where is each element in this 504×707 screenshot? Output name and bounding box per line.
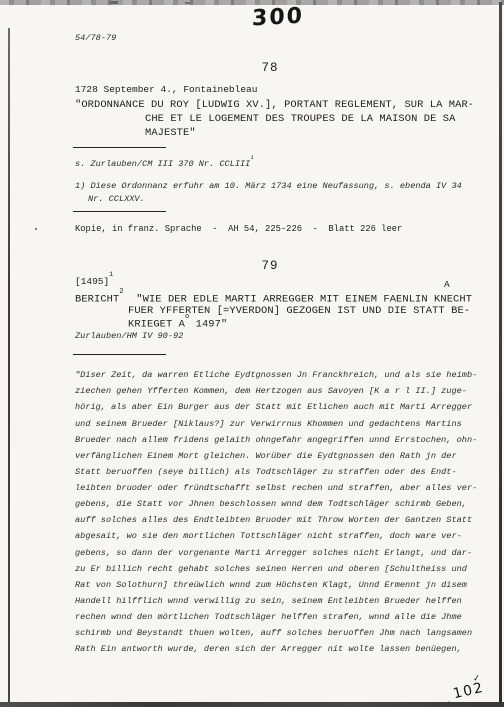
bericht-word: BERICHT xyxy=(75,293,119,305)
entry-78-source: s. Zurlauben/CM III 370 Nr. CCLIII1 xyxy=(75,157,254,169)
body-text-line: verfänglichen Einem Mort gleichen. Worüb… xyxy=(75,451,457,461)
body-text-line: rechen wnnd den mörtlichen Todtschläger … xyxy=(75,612,462,622)
body-text-line: Handell hilfflich wnnd verwillig zu sein… xyxy=(75,596,462,606)
body-text-line: hörig, als aber Ein Burger aus der Statt… xyxy=(75,402,472,412)
body-text-line: Brueder nach allem fridens gelaith ohnge… xyxy=(75,435,477,445)
body-text-line: gebens, die Statt vor Jhnen beschlossen … xyxy=(75,499,467,509)
body-text-line: Rath Ein antworth wurde, deren sich der … xyxy=(75,644,462,654)
entry-78-number: 78 xyxy=(240,61,300,76)
archive-reference: 54/78-79 xyxy=(75,33,116,43)
handwritten-checkmark: ✓ xyxy=(472,673,481,685)
scan-edge-left xyxy=(8,28,10,707)
body-text-line: leibten bruoder oder fründtschafft selbs… xyxy=(75,483,477,493)
body-text-line: auff solches alles des Endtleibten Bruod… xyxy=(75,515,472,525)
bericht-footnote-marker: 2 xyxy=(119,288,123,296)
entry-78-title-line-2: CHE ET LE LOGEMENT DES TROUPES DE LA MAI… xyxy=(145,113,455,125)
entry-78-title-line-1: "ORDONNANCE DU ROY [LUDWIG XV.], PORTANT… xyxy=(75,99,474,111)
body-text-line: gebens, so dann der vorgenante Marti Arr… xyxy=(75,548,472,558)
handwritten-page-number: 300 xyxy=(252,4,304,33)
scan-edge-top xyxy=(0,0,504,5)
separator-rule xyxy=(73,354,166,355)
body-text-line: ziechen gehen Yfferten Kommen, dem Hertz… xyxy=(75,386,467,396)
body-text-line: abgesait, wo sie den mortlichen Tottschl… xyxy=(75,531,462,541)
separator-rule xyxy=(73,211,166,212)
entry-79-number: 79 xyxy=(240,259,300,274)
year-footnote-marker: 1 xyxy=(109,271,113,278)
entry-78-dateline: 1728 September 4., Fontainebleau xyxy=(75,84,257,95)
corner-letter: A xyxy=(444,279,450,290)
title-pre: KRIEGET A xyxy=(128,318,185,330)
entry-79-source: Zurlauben/HM IV 90-92 xyxy=(75,331,183,341)
scan-speck xyxy=(110,1,118,4)
entry-78-footnote-line-1: 1) Diese Ordonnanz erfuhr am 10. März 17… xyxy=(75,181,462,191)
scan-edge-right xyxy=(499,2,502,707)
entry-79-title-line-1: BERICHT2 "WIE DER EDLE MARTI ARREGGER MI… xyxy=(75,292,472,306)
entry-78-copy-note: Kopie, in franz. Sprache - AH 54, 225-22… xyxy=(75,224,402,235)
bericht-title-text: "WIE DER EDLE MARTI ARREGGER MIT EINEM F… xyxy=(124,293,472,305)
entry-79-year: [1495]1 xyxy=(75,275,113,288)
scan-speck xyxy=(185,2,190,4)
body-text-line: Rat von Solothurn] threüwlich wnnd zum H… xyxy=(75,580,467,590)
handwritten-dot: . xyxy=(448,697,450,704)
scan-edge-bottom xyxy=(0,702,504,707)
scanned-document-page: 300 54/78-79 78 1728 September 4., Fonta… xyxy=(0,0,504,707)
entry-79-title-line-2: FUER YFFERTEN [=YVERDON] GEZOGEN IST UND… xyxy=(128,305,470,317)
entry-78-footnote-line-2: Nr. CCLXXV. xyxy=(88,194,145,204)
body-text-line: Statt beruoffen (seye billich) als Todts… xyxy=(75,467,457,477)
separator-rule xyxy=(73,147,166,148)
source-footnote-marker: 1 xyxy=(250,154,254,161)
body-text-line: schirmb und Beystandt thuen wolten, auff… xyxy=(75,628,472,638)
body-text-line: "Diser Zeit, da warren Etliche Eydtgnoss… xyxy=(75,370,477,380)
degree-superscript: o xyxy=(185,313,189,321)
source-text: s. Zurlauben/CM III 370 Nr. CCLIII xyxy=(75,159,250,169)
entry-78-title-line-3: MAJESTE" xyxy=(145,127,196,139)
body-text-line: und seinem Brueder [Niklaus?] zur Verwir… xyxy=(75,419,462,429)
year-bracket: [1495] xyxy=(75,276,109,287)
body-text-line: zu Er billich recht gehabt solches seine… xyxy=(75,564,467,574)
scan-speck xyxy=(35,228,37,230)
title-post: 1497" xyxy=(189,318,227,330)
entry-79-title-line-3: KRIEGET Ao 1497" xyxy=(128,317,227,331)
